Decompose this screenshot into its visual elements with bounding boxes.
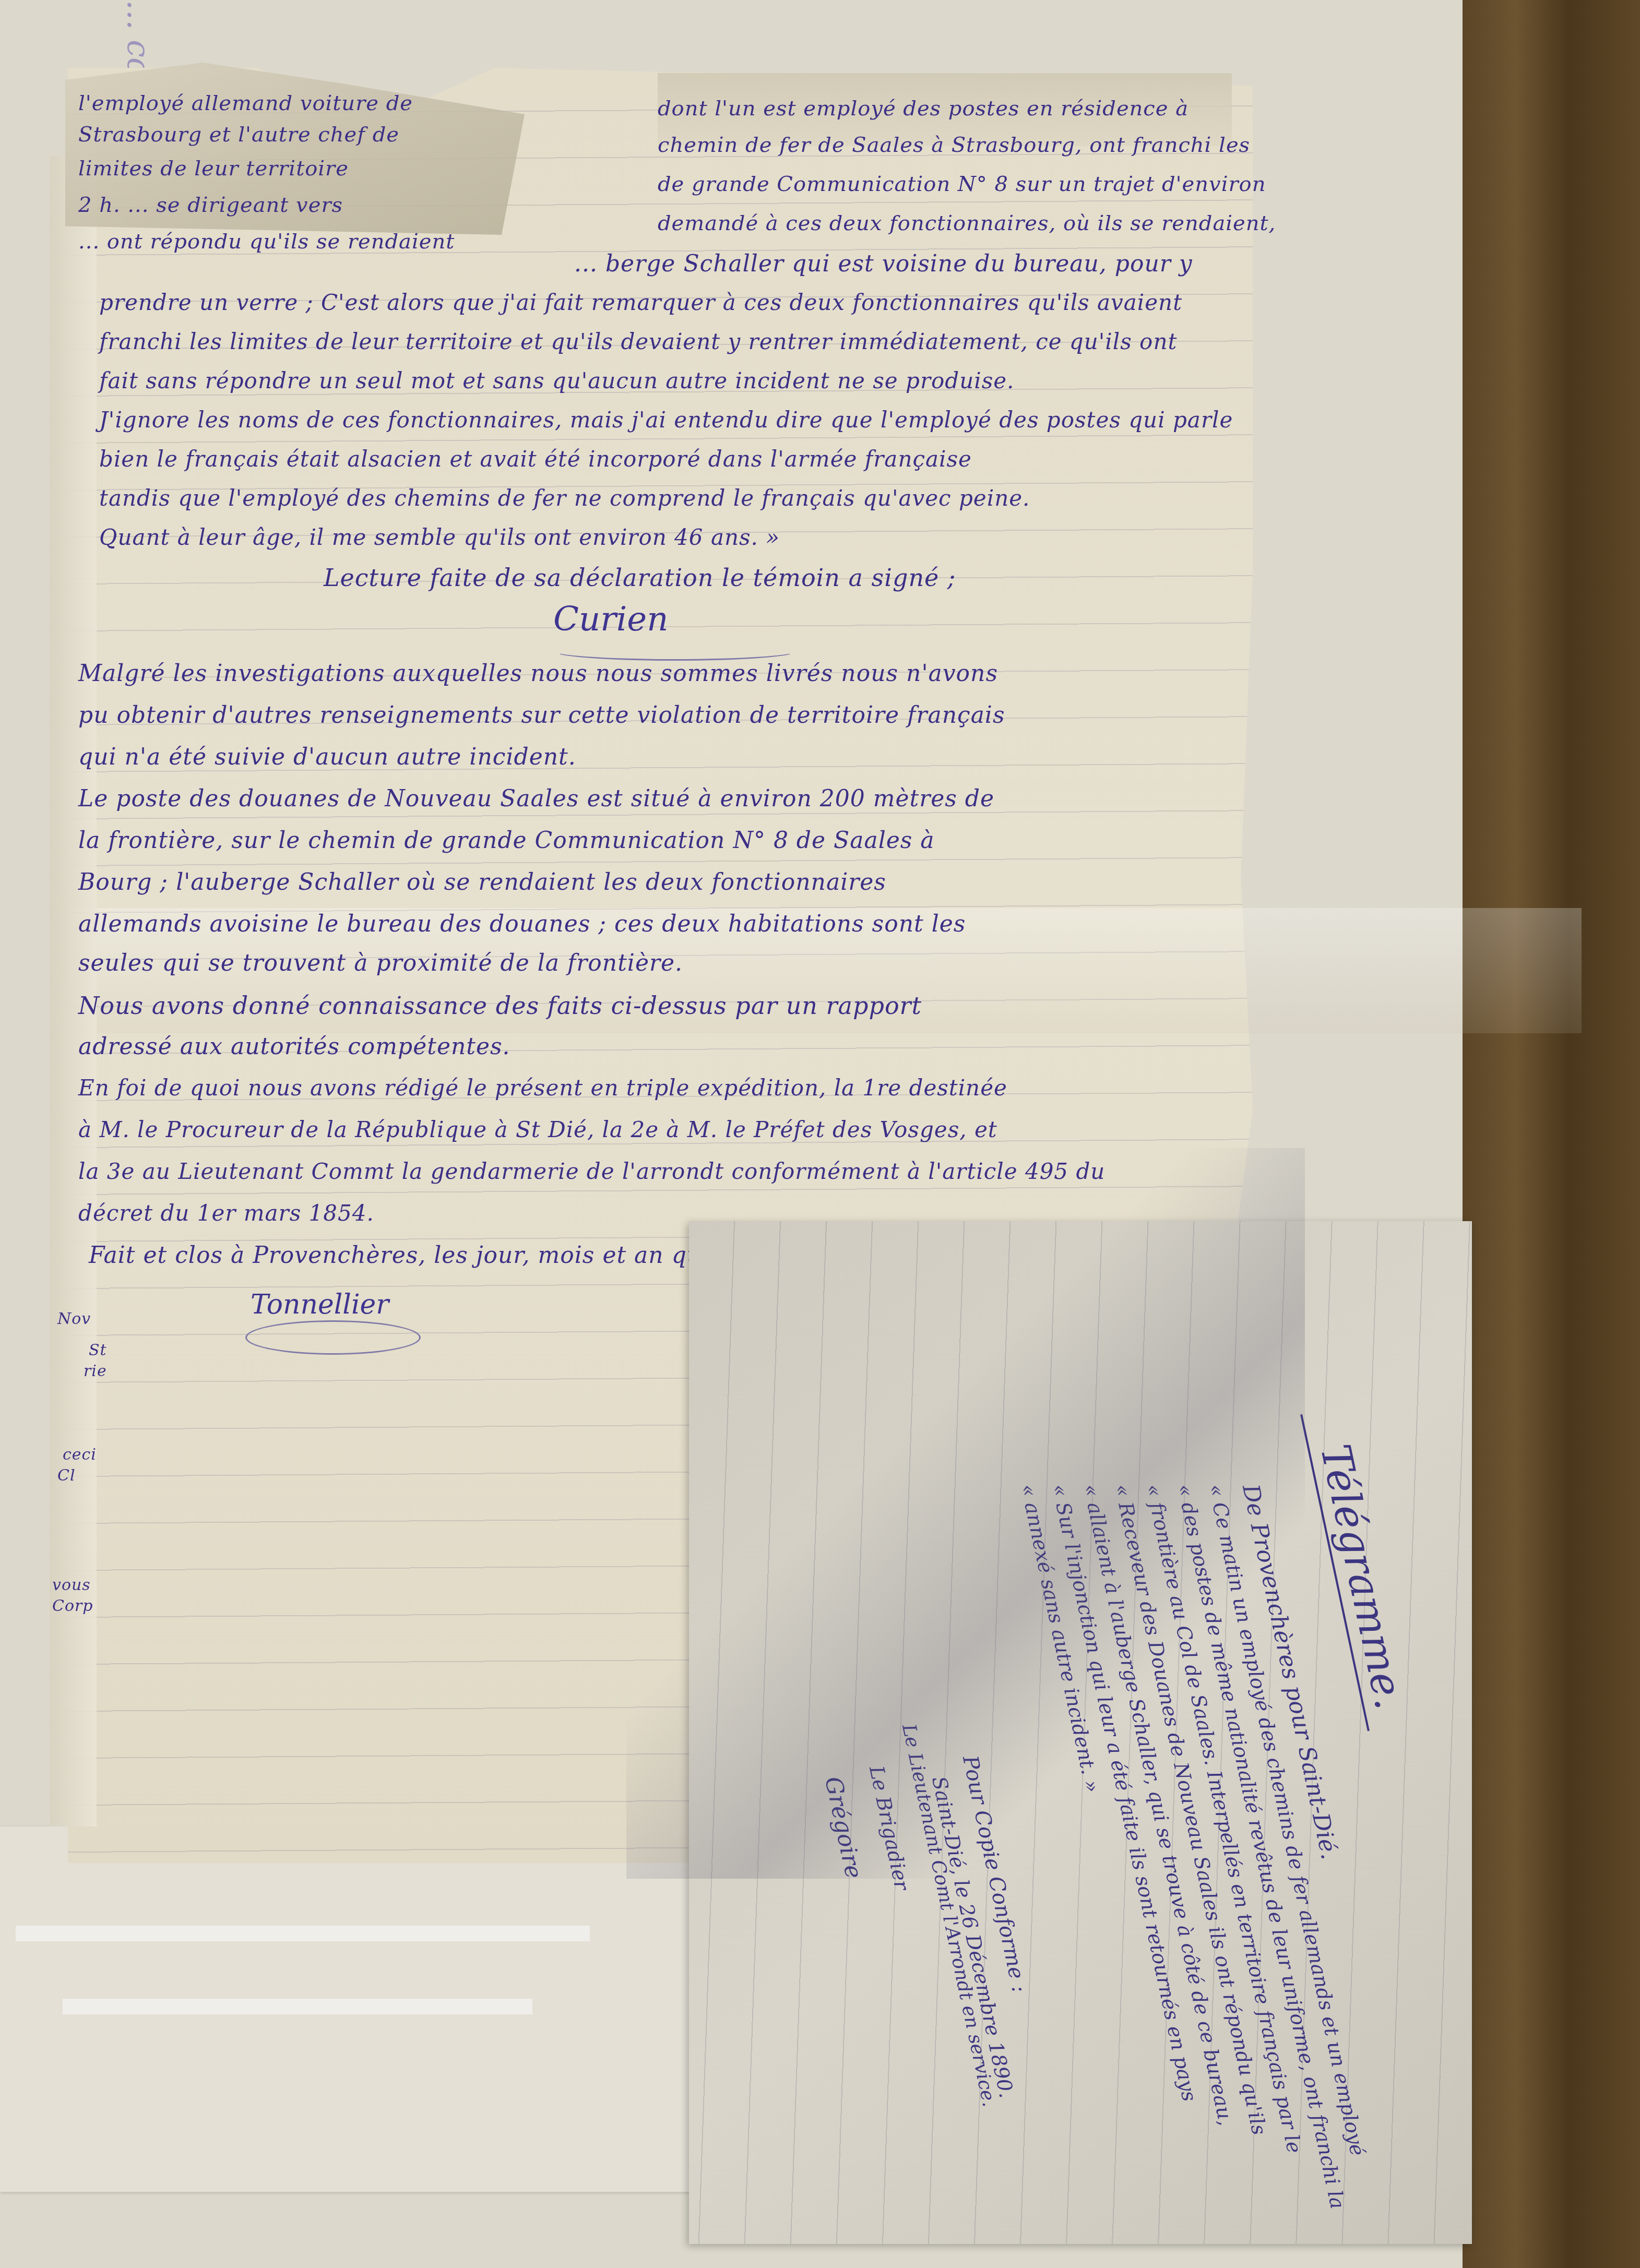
signature-flourish	[553, 642, 797, 661]
wooden-desk	[1463, 0, 1640, 2268]
margin-fragment: Nov	[57, 1310, 91, 1328]
paper-edge	[16, 1926, 590, 1941]
fragment-line: dont l'un est employé des postes en rési…	[658, 97, 1189, 121]
body-line: Malgré les investigations auxquelles nou…	[78, 660, 998, 687]
signature-flourish	[245, 1320, 421, 1355]
body-line: bien le français était alsacien et avait…	[99, 446, 972, 472]
margin-fragment: Corp	[52, 1597, 93, 1615]
body-line: à M. le Procureur de la République à St …	[78, 1117, 997, 1142]
fragment-line: l'employé allemand voiture de	[78, 91, 413, 115]
witness-signature: Curien	[553, 600, 668, 639]
body-line: Nous avons donné connaissance des faits …	[78, 992, 922, 1020]
fragment-line: demandé à ces deux fonctionnaires, où il…	[658, 211, 1276, 235]
body-line: décret du 1er mars 1854.	[78, 1200, 374, 1226]
body-line: allemands avoisine le bureau des douanes…	[78, 911, 966, 937]
body-line: qui n'a été suivie d'aucun autre inciden…	[78, 744, 576, 770]
reading-statement: Lecture faite de sa déclaration le témoi…	[324, 564, 956, 592]
signature-left: Tonnellier	[251, 1289, 389, 1320]
paper-edge	[63, 1999, 532, 2014]
margin-fragment: Cl	[57, 1466, 76, 1485]
fragment-line: de grande Communication N° 8 sur un traj…	[658, 172, 1266, 196]
margin-fragment: ceci	[63, 1446, 97, 1464]
body-line: adressé aux autorités compétentes.	[78, 1033, 510, 1060]
margin-fragment: rie	[84, 1362, 107, 1380]
body-line: ... berge Schaller qui est voisine du bu…	[574, 250, 1193, 277]
body-line: franchi les limites de leur territoire e…	[99, 329, 1177, 354]
fragment-line: ... ont répondu qu'ils se rendaient	[78, 230, 455, 254]
body-line: Bourg ; l'auberge Schaller où se rendaie…	[78, 869, 886, 896]
body-line: fait sans répondre un seul mot et sans q…	[99, 368, 1014, 393]
fragment-line: 2 h. ... se dirigeant vers	[78, 193, 343, 217]
body-line: prendre un verre ; C'est alors que j'ai …	[99, 290, 1182, 315]
body-line: J'ignore les noms de ces fonctionnaires,…	[99, 407, 1233, 433]
body-line: la frontière, sur le chemin de grande Co…	[78, 827, 935, 854]
fragment-line: limites de leur territoire	[78, 157, 349, 181]
fragment-line: Strasbourg et l'autre chef de	[78, 123, 399, 147]
page-fold-shadow	[626, 1148, 1305, 1879]
body-line: seules qui se trouvent à proximité de la…	[78, 950, 683, 976]
telegram-title: Télégramme.	[1311, 1440, 1413, 1713]
body-line: En foi de quoi nous avons rédigé le prés…	[78, 1075, 1007, 1101]
fragment-line: chemin de fer de Saales à Strasbourg, on…	[658, 133, 1250, 157]
body-line: Quant à leur âge, il me semble qu'ils on…	[99, 524, 780, 550]
body-line: tandis que l'employé des chemins de fer …	[99, 485, 1030, 511]
body-line: pu obtenir d'autres renseignements sur c…	[78, 702, 1005, 729]
body-line: Le poste des douanes de Nouveau Saales e…	[78, 785, 994, 812]
margin-fragment: vous	[52, 1576, 91, 1594]
margin-fragment: St	[89, 1341, 107, 1359]
